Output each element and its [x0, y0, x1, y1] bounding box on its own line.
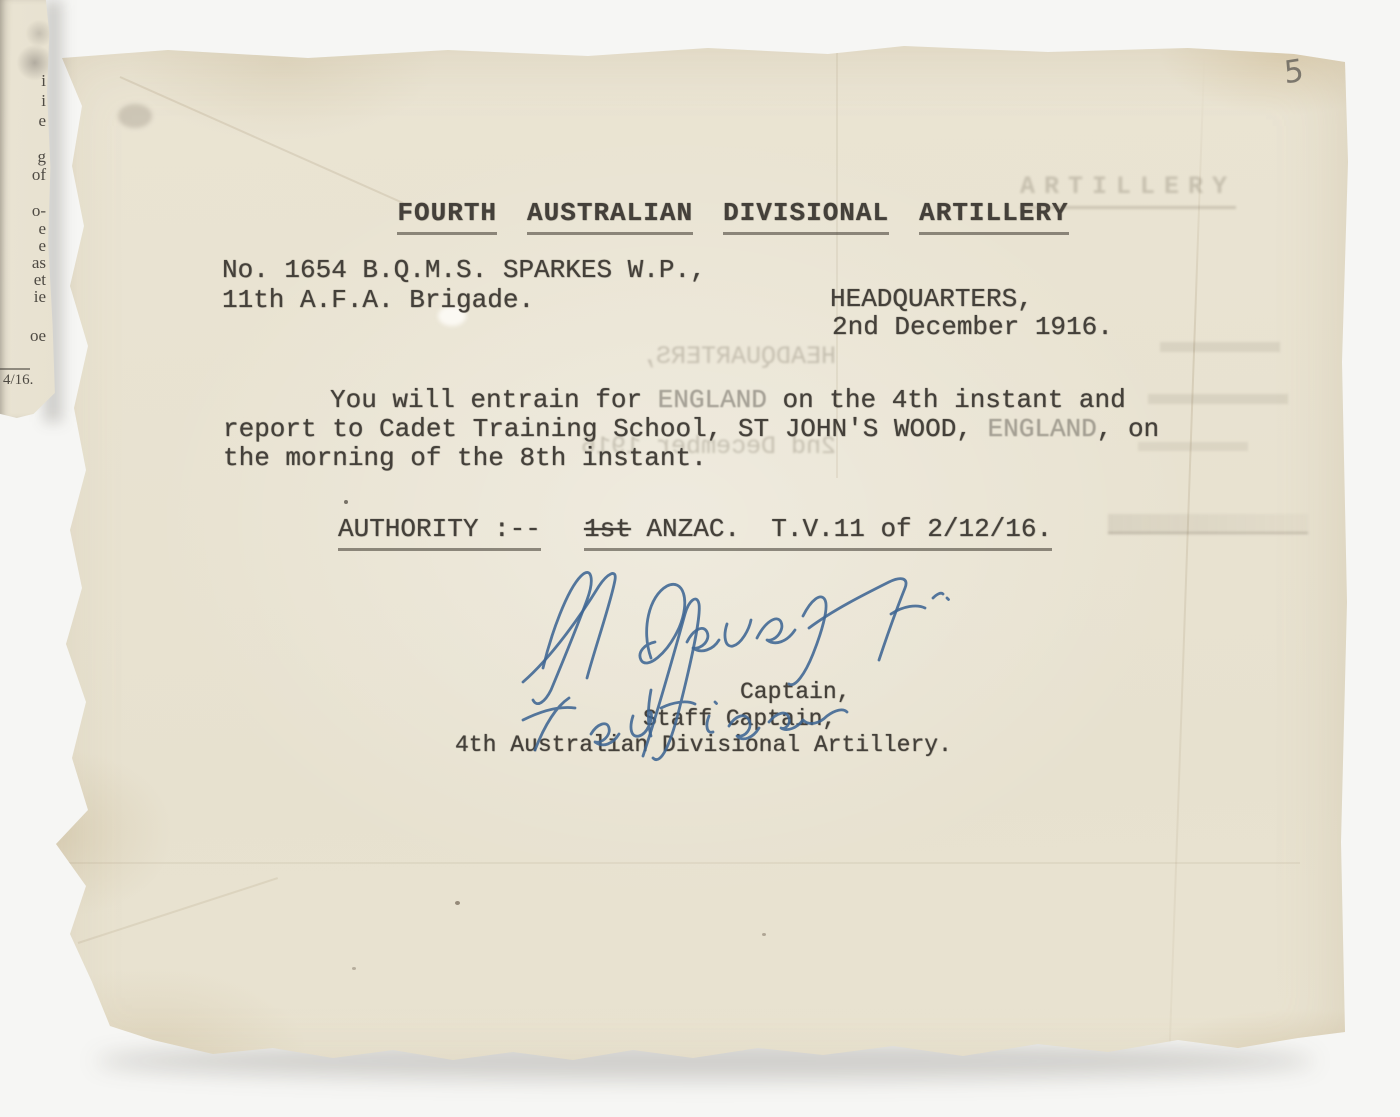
strip-text-fragment: i [41, 92, 46, 109]
crease-diagonal-bottom-left [78, 877, 278, 944]
crease-horizontal [60, 862, 1300, 864]
dateline-headquarters: HEADQUARTERS, [830, 285, 1033, 314]
authority-reference: ANZAC. T.V.11 of 2/12/16. [631, 514, 1052, 544]
ghost-mark [1138, 442, 1248, 451]
ink-speck [762, 933, 766, 936]
body-text: , on [1097, 414, 1159, 444]
body-line3: the morning of the 8th instant. [223, 444, 707, 473]
strip-text-fragment: of [32, 166, 46, 183]
ink-speck [352, 967, 356, 970]
strip-text-fragment: e [38, 112, 46, 129]
strip-text-fragment: g [38, 148, 47, 165]
authority-label: AUTHORITY :-- [338, 515, 541, 551]
authority-ghost-tail [1108, 514, 1308, 534]
ink-speck [344, 500, 348, 504]
authority-struck-text: 1st [584, 514, 631, 544]
strip-footer-text: 4/16. [3, 372, 33, 389]
strip-text-fragment: o- [32, 202, 46, 219]
signature-unit: 4th Australian Divisional Artillery. [455, 731, 952, 760]
adjacent-page-strip: i i e g of o- e e as et ie oe 4/16. [0, 0, 56, 418]
title-word: FOURTH [397, 199, 497, 235]
strip-text-fragment: ie [34, 288, 46, 305]
strip-text-fragment: oe [30, 327, 46, 344]
signature-role: Staff Captain, [643, 705, 836, 734]
ghost-mark [1148, 394, 1288, 404]
authority-value: 1st ANZAC. T.V.11 of 2/12/16. [584, 515, 1052, 551]
dateline-date: 2nd December 1916. [832, 313, 1113, 342]
title-word: AUSTRALIAN [527, 199, 693, 235]
title-word: DIVISIONAL [723, 199, 889, 235]
page-number-pencil: 5 [1283, 52, 1306, 91]
body-text-faded: ENGLAND [658, 385, 767, 415]
addressee-line2: 11th A.F.A. Brigade. [222, 286, 534, 315]
ghost-mark [1160, 342, 1280, 352]
strip-text-fragment: as [32, 254, 46, 271]
title-ghost-impression: ARTILLERY [1020, 172, 1236, 209]
strip-rule-line [0, 368, 30, 370]
scanned-document-photo: { "page_number": "5", "heading": { "titl… [0, 0, 1400, 1117]
body-text-faded: ENGLAND [988, 414, 1097, 444]
document-page: FOURTHAUSTRALIANDIVISIONALARTILLERY ARTI… [48, 42, 1350, 1082]
strip-text-fragment: e [38, 237, 46, 254]
strip-text-fragment: e [38, 220, 46, 237]
signature-rank: Captain, [740, 678, 850, 707]
addressee-line1: No. 1654 B.Q.M.S. SPARKES W.P., [222, 256, 706, 285]
document-title: FOURTHAUSTRALIANDIVISIONALARTILLERY [335, 170, 1069, 264]
body-text: You will entrain for [330, 385, 658, 415]
grey-smudge [118, 104, 152, 128]
body-line2: report to Cadet Training School, ST JOHN… [223, 415, 1159, 444]
ink-speck [455, 901, 460, 905]
dateline-ghost-line1: HEADQUARTERS, [558, 342, 836, 372]
body-line1: You will entrain for ENGLAND on the 4th … [330, 386, 1126, 415]
body-text: on the 4th instant and [767, 385, 1126, 415]
body-text: report to Cadet Training School, ST JOHN… [223, 414, 988, 444]
strip-text-fragment: i [41, 72, 46, 89]
strip-text-fragment: et [34, 271, 46, 288]
